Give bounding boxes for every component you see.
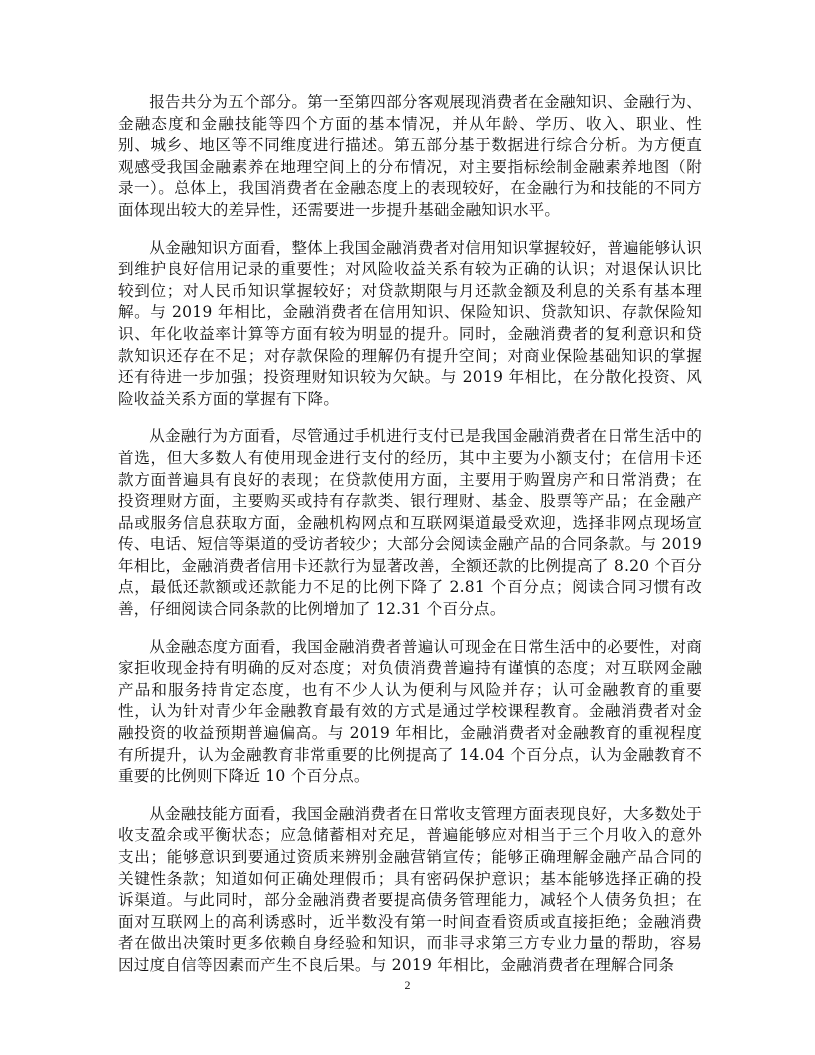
paragraph-financial-skills: 从金融技能方面看，我国金融消费者在日常收支管理方面表现良好，大多数处于收支盈余或… [118, 804, 702, 977]
page-number: 2 [0, 978, 815, 993]
paragraph-financial-attitude: 从金融态度方面看，我国金融消费者普遍认可现金在日常生活中的必要性，对商家拒收现金… [118, 637, 702, 788]
document-page-body: 报告共分为五个部分。第一至第四部分客观展现消费者在金融知识、金融行为、金融态度和… [118, 92, 702, 993]
paragraph-financial-knowledge: 从金融知识方面看，整体上我国金融消费者对信用知识掌握较好，普遍能够认识到维护良好… [118, 238, 702, 411]
paragraph-report-overview: 报告共分为五个部分。第一至第四部分客观展现消费者在金融知识、金融行为、金融态度和… [118, 92, 702, 222]
paragraph-financial-behavior: 从金融行为方面看，尽管通过手机进行支付已是我国金融消费者在日常生活中的首选，但大… [118, 426, 702, 620]
